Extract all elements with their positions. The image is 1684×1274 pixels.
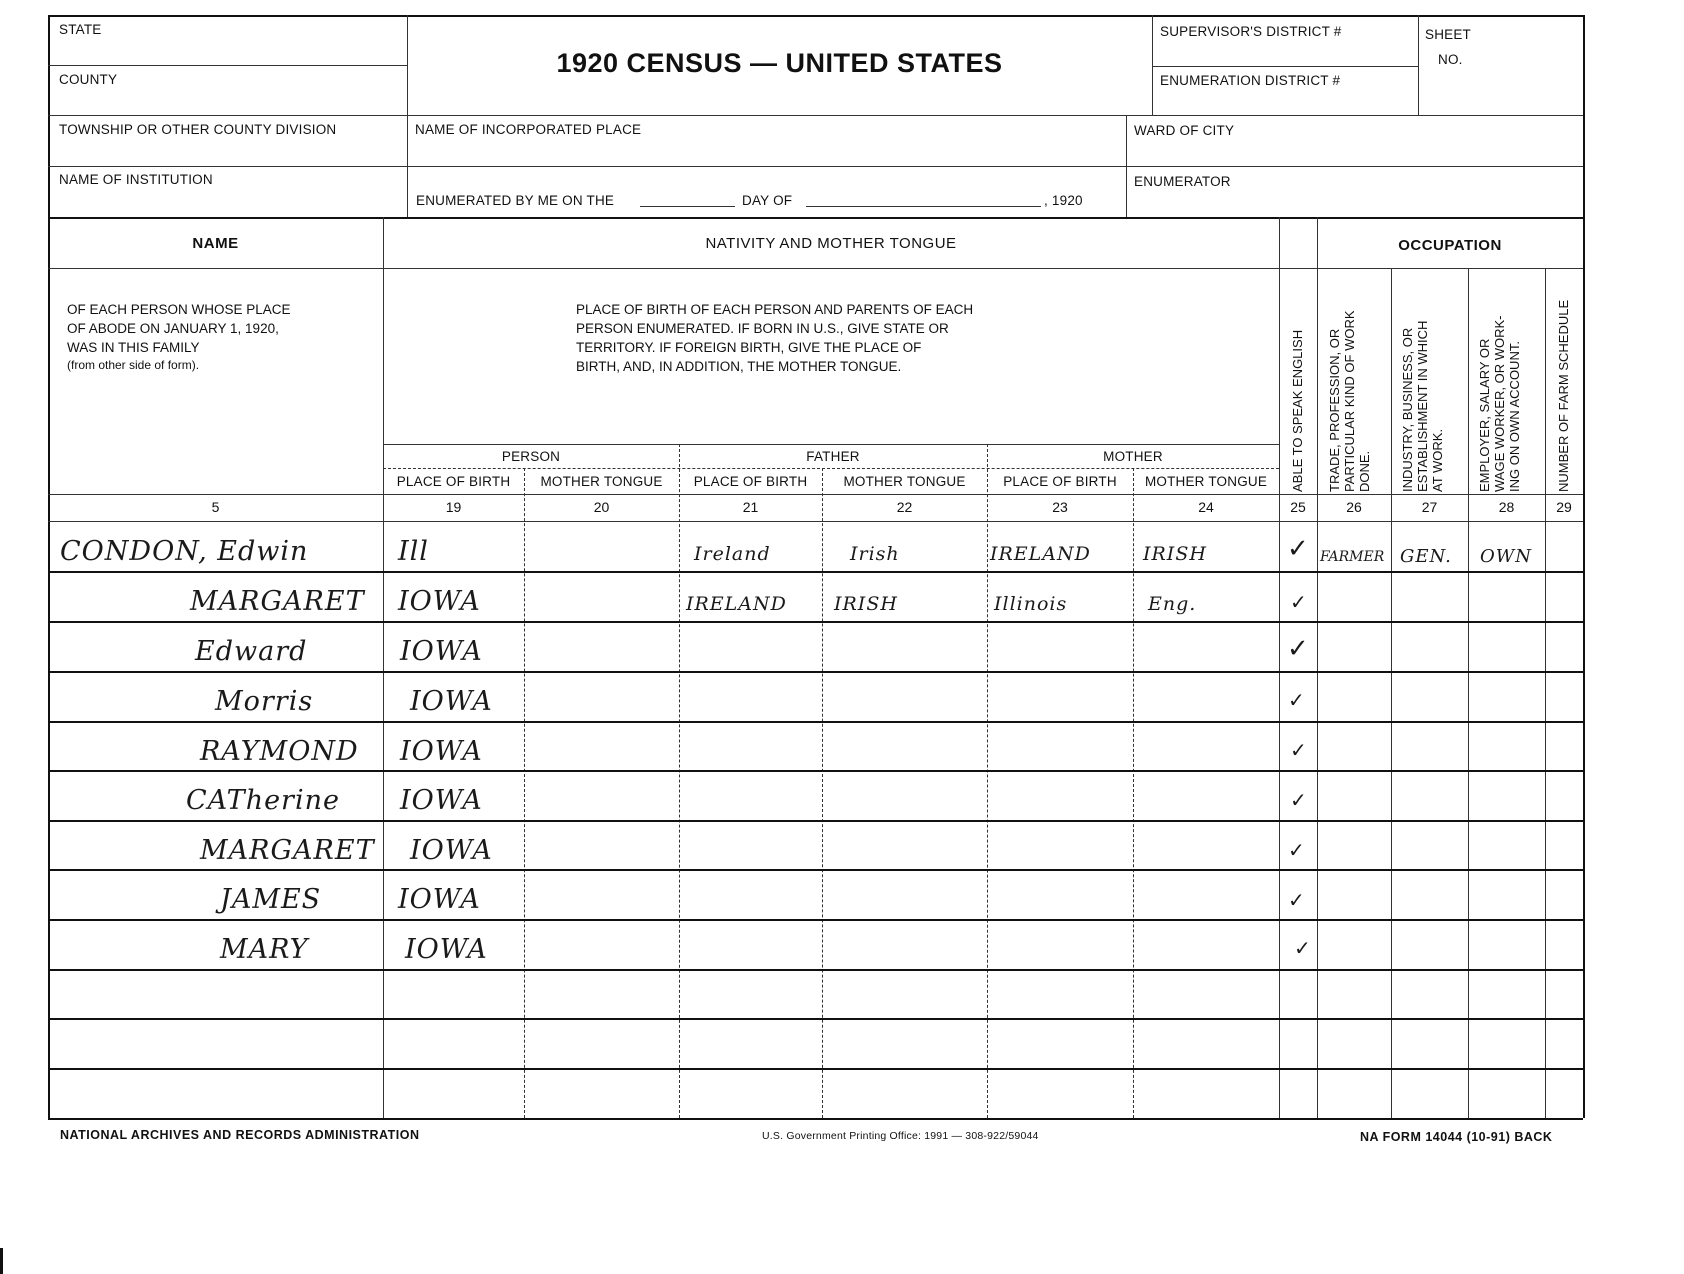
- row-1-person-birth[interactable]: Ill: [398, 536, 429, 567]
- row-5-english-check[interactable]: ✓: [1290, 738, 1307, 762]
- divider: [1126, 115, 1127, 217]
- divider: [383, 444, 1279, 445]
- employer-label-line: EMPLOYER, SALARY OR: [1477, 316, 1492, 492]
- row-11-name[interactable]: [48, 1018, 383, 1068]
- divider: [48, 65, 407, 66]
- col-num-5: 5: [48, 499, 383, 515]
- row-12-name[interactable]: [48, 1068, 383, 1118]
- divider: [987, 444, 988, 1118]
- subcol-23-label: PLACE OF BIRTH: [987, 474, 1133, 489]
- divider: [407, 115, 408, 217]
- divider: [524, 468, 525, 1118]
- col-num-27: 27: [1391, 499, 1468, 515]
- supervisor-district-label: SUPERVISOR'S DISTRICT #: [1160, 24, 1341, 39]
- row-3-english-check[interactable]: ✓: [1287, 634, 1309, 664]
- footer-form-number: NA FORM 14044 (10-91) BACK: [1360, 1130, 1552, 1144]
- divider: [48, 115, 1583, 116]
- nativity-desc-line: BIRTH, AND, IN ADDITION, THE MOTHER TONG…: [576, 357, 973, 376]
- row-1-employer[interactable]: OWN: [1480, 546, 1532, 567]
- institution-label: NAME OF INSTITUTION: [59, 172, 213, 187]
- industry-label-line: INDUSTRY, BUSINESS, OR: [1400, 321, 1415, 492]
- row-1-mother-tongue[interactable]: IRISH: [1143, 543, 1207, 565]
- row-divider: [48, 571, 1583, 573]
- divider: [1317, 268, 1583, 269]
- row-4-english-check[interactable]: ✓: [1288, 688, 1305, 712]
- state-label: STATE: [59, 22, 102, 37]
- divider: [383, 468, 1279, 469]
- divider: [1152, 66, 1418, 67]
- divider: [1133, 468, 1134, 1118]
- row-10-name[interactable]: [48, 969, 383, 1018]
- row-4-name[interactable]: Morris: [215, 686, 313, 717]
- row-9-person-birth[interactable]: IOWA: [405, 934, 488, 965]
- name-desc-line: OF ABODE ON JANUARY 1, 1920,: [67, 319, 291, 338]
- row-4-person-birth[interactable]: IOWA: [410, 686, 493, 717]
- col-num-29: 29: [1545, 499, 1583, 515]
- trade-col-label: TRADE, PROFESSION, OR PARTICULAR KIND OF…: [1327, 310, 1372, 492]
- scan-mark: [0, 1248, 3, 1274]
- footer-agency: NATIONAL ARCHIVES AND RECORDS ADMINISTRA…: [60, 1128, 420, 1142]
- township-label: TOWNSHIP OR OTHER COUNTY DIVISION: [59, 122, 336, 137]
- nativity-section-header: NATIVITY AND MOTHER TONGUE: [383, 235, 1279, 252]
- form-title: 1920 CENSUS — UNITED STATES: [407, 48, 1152, 79]
- row-divider: [48, 820, 1583, 822]
- divider: [1279, 217, 1280, 1118]
- industry-col-label: INDUSTRY, BUSINESS, OR ESTABLISHMENT IN …: [1400, 321, 1445, 492]
- subcol-24-label: MOTHER TONGUE: [1133, 474, 1279, 489]
- row-1-trade[interactable]: FARMER: [1320, 549, 1384, 565]
- year-label: , 1920: [1044, 193, 1083, 208]
- row-1-english-check[interactable]: ✓: [1287, 534, 1309, 564]
- divider: [1317, 217, 1318, 1118]
- row-7-name[interactable]: MARGARET: [200, 835, 375, 866]
- sheet-label: SHEET: [1425, 27, 1471, 42]
- col-num-25: 25: [1279, 499, 1317, 515]
- sheet-no-label: NO.: [1438, 52, 1463, 67]
- row-3-person-birth[interactable]: IOWA: [400, 636, 483, 667]
- row-6-person-birth[interactable]: IOWA: [400, 785, 483, 816]
- divider: [1391, 268, 1392, 1118]
- divider: [679, 444, 680, 1118]
- row-6-name[interactable]: CATherine: [186, 785, 340, 816]
- farm-schedule-col-label: NUMBER OF FARM SCHEDULE: [1556, 300, 1571, 492]
- row-2-person-birth[interactable]: IOWA: [398, 586, 481, 617]
- name-desc-note: (from other side of form).: [67, 357, 291, 374]
- divider: [48, 166, 1583, 167]
- farm-label-line: NUMBER OF FARM SCHEDULE: [1556, 300, 1571, 492]
- row-3-name[interactable]: Edward: [195, 636, 307, 667]
- trade-label-line: TRADE, PROFESSION, OR: [1327, 310, 1342, 492]
- col-num-19: 19: [383, 499, 524, 515]
- col-num-22: 22: [822, 499, 987, 515]
- month-field[interactable]: [806, 206, 1041, 207]
- row-divider: [48, 621, 1583, 623]
- subcol-22-label: MOTHER TONGUE: [822, 474, 987, 489]
- group-mother: MOTHER: [987, 449, 1279, 464]
- divider: [1152, 15, 1153, 115]
- row-divider: [48, 770, 1583, 772]
- row-2-english-check[interactable]: ✓: [1290, 590, 1307, 614]
- row-1-mother-birth[interactable]: IRELAND: [990, 543, 1091, 565]
- form-right-border: [1583, 15, 1585, 1118]
- row-8-person-birth[interactable]: IOWA: [398, 884, 481, 915]
- subcol-21-label: PLACE OF BIRTH: [679, 474, 822, 489]
- divider: [48, 494, 1583, 495]
- group-person: PERSON: [383, 449, 679, 464]
- row-9-name[interactable]: MARY: [220, 934, 308, 965]
- row-1-name[interactable]: CONDON, Edwin: [60, 536, 308, 567]
- row-2-mother-birth[interactable]: Illinois: [994, 593, 1067, 615]
- nativity-description: PLACE OF BIRTH OF EACH PERSON AND PARENT…: [576, 300, 973, 376]
- row-7-english-check[interactable]: ✓: [1288, 838, 1305, 862]
- name-desc-line: OF EACH PERSON WHOSE PLACE: [67, 300, 291, 319]
- nativity-desc-line: PERSON ENUMERATED. IF BORN IN U.S., GIVE…: [576, 319, 973, 338]
- trade-label-line: DONE.: [1357, 310, 1372, 492]
- col-num-26: 26: [1317, 499, 1391, 515]
- name-desc-line: WAS IN THIS FAMILY: [67, 338, 291, 357]
- row-divider: [48, 869, 1583, 871]
- enumerator-label: ENUMERATOR: [1134, 174, 1231, 189]
- row-divider: [48, 919, 1583, 921]
- industry-label-line: AT WORK.: [1430, 321, 1445, 492]
- divider: [1468, 268, 1469, 1118]
- row-2-father-tongue[interactable]: IRISH: [834, 593, 898, 615]
- row-6-english-check[interactable]: ✓: [1290, 788, 1307, 812]
- row-1-father-birth[interactable]: Ireland: [694, 543, 771, 565]
- occupation-section-header: OCCUPATION: [1317, 237, 1583, 254]
- english-col-label: ABLE TO SPEAK ENGLISH: [1290, 330, 1305, 492]
- day-field[interactable]: [640, 206, 735, 207]
- divider: [822, 468, 823, 1118]
- day-of-label: DAY OF: [742, 193, 792, 208]
- row-2-father-birth[interactable]: IRELAND: [686, 593, 787, 615]
- name-section-header: NAME: [48, 235, 383, 252]
- row-1-father-tongue[interactable]: Irish: [850, 543, 900, 565]
- enumeration-district-label: ENUMERATION DISTRICT #: [1160, 73, 1340, 88]
- row-5-name[interactable]: RAYMOND: [200, 736, 359, 767]
- industry-label-line: ESTABLISHMENT IN WHICH: [1415, 321, 1430, 492]
- subcol-20-label: MOTHER TONGUE: [524, 474, 679, 489]
- row-8-name[interactable]: JAMES: [220, 884, 321, 915]
- row-8-english-check[interactable]: ✓: [1288, 888, 1305, 912]
- divider: [48, 521, 1583, 522]
- form-left-border: [48, 15, 50, 1118]
- incorporated-place-label: NAME OF INCORPORATED PLACE: [415, 122, 641, 137]
- employer-label-line: ING ON OWN ACCOUNT.: [1507, 316, 1522, 492]
- row-divider: [48, 721, 1583, 723]
- divider: [383, 217, 384, 1118]
- group-father: FATHER: [679, 449, 987, 464]
- subcol-19-label: PLACE OF BIRTH: [383, 474, 524, 489]
- nativity-desc-line: PLACE OF BIRTH OF EACH PERSON AND PARENT…: [576, 300, 973, 319]
- divider: [1545, 268, 1546, 1118]
- col-num-24: 24: [1133, 499, 1279, 515]
- name-description: OF EACH PERSON WHOSE PLACE OF ABODE ON J…: [67, 300, 291, 374]
- row-divider: [48, 671, 1583, 673]
- col-num-28: 28: [1468, 499, 1545, 515]
- divider: [1418, 15, 1419, 115]
- row-9-english-check[interactable]: ✓: [1294, 936, 1311, 960]
- col-num-21: 21: [679, 499, 822, 515]
- employer-col-label: EMPLOYER, SALARY OR WAGE WORKER, OR WORK…: [1477, 316, 1522, 492]
- trade-label-line: PARTICULAR KIND OF WORK: [1342, 310, 1357, 492]
- enumerated-by-label: ENUMERATED BY ME ON THE: [416, 193, 614, 208]
- form-top-border: [48, 15, 1583, 17]
- col-num-20: 20: [524, 499, 679, 515]
- nativity-desc-line: TERRITORY. IF FOREIGN BIRTH, GIVE THE PL…: [576, 338, 973, 357]
- county-label: COUNTY: [59, 72, 117, 87]
- row-2-name[interactable]: MARGARET: [190, 586, 365, 617]
- col-num-23: 23: [987, 499, 1133, 515]
- ward-label: WARD OF CITY: [1134, 123, 1234, 138]
- row-7-person-birth[interactable]: IOWA: [410, 835, 493, 866]
- row-2-mother-tongue[interactable]: Eng.: [1148, 593, 1196, 615]
- divider: [48, 217, 1583, 219]
- row-5-person-birth[interactable]: IOWA: [400, 736, 483, 767]
- form-bottom-border: [48, 1118, 1583, 1120]
- footer-printing: U.S. Government Printing Office: 1991 — …: [762, 1130, 1039, 1142]
- employer-label-line: WAGE WORKER, OR WORK-: [1492, 316, 1507, 492]
- row-1-industry[interactable]: GEN.: [1400, 546, 1452, 567]
